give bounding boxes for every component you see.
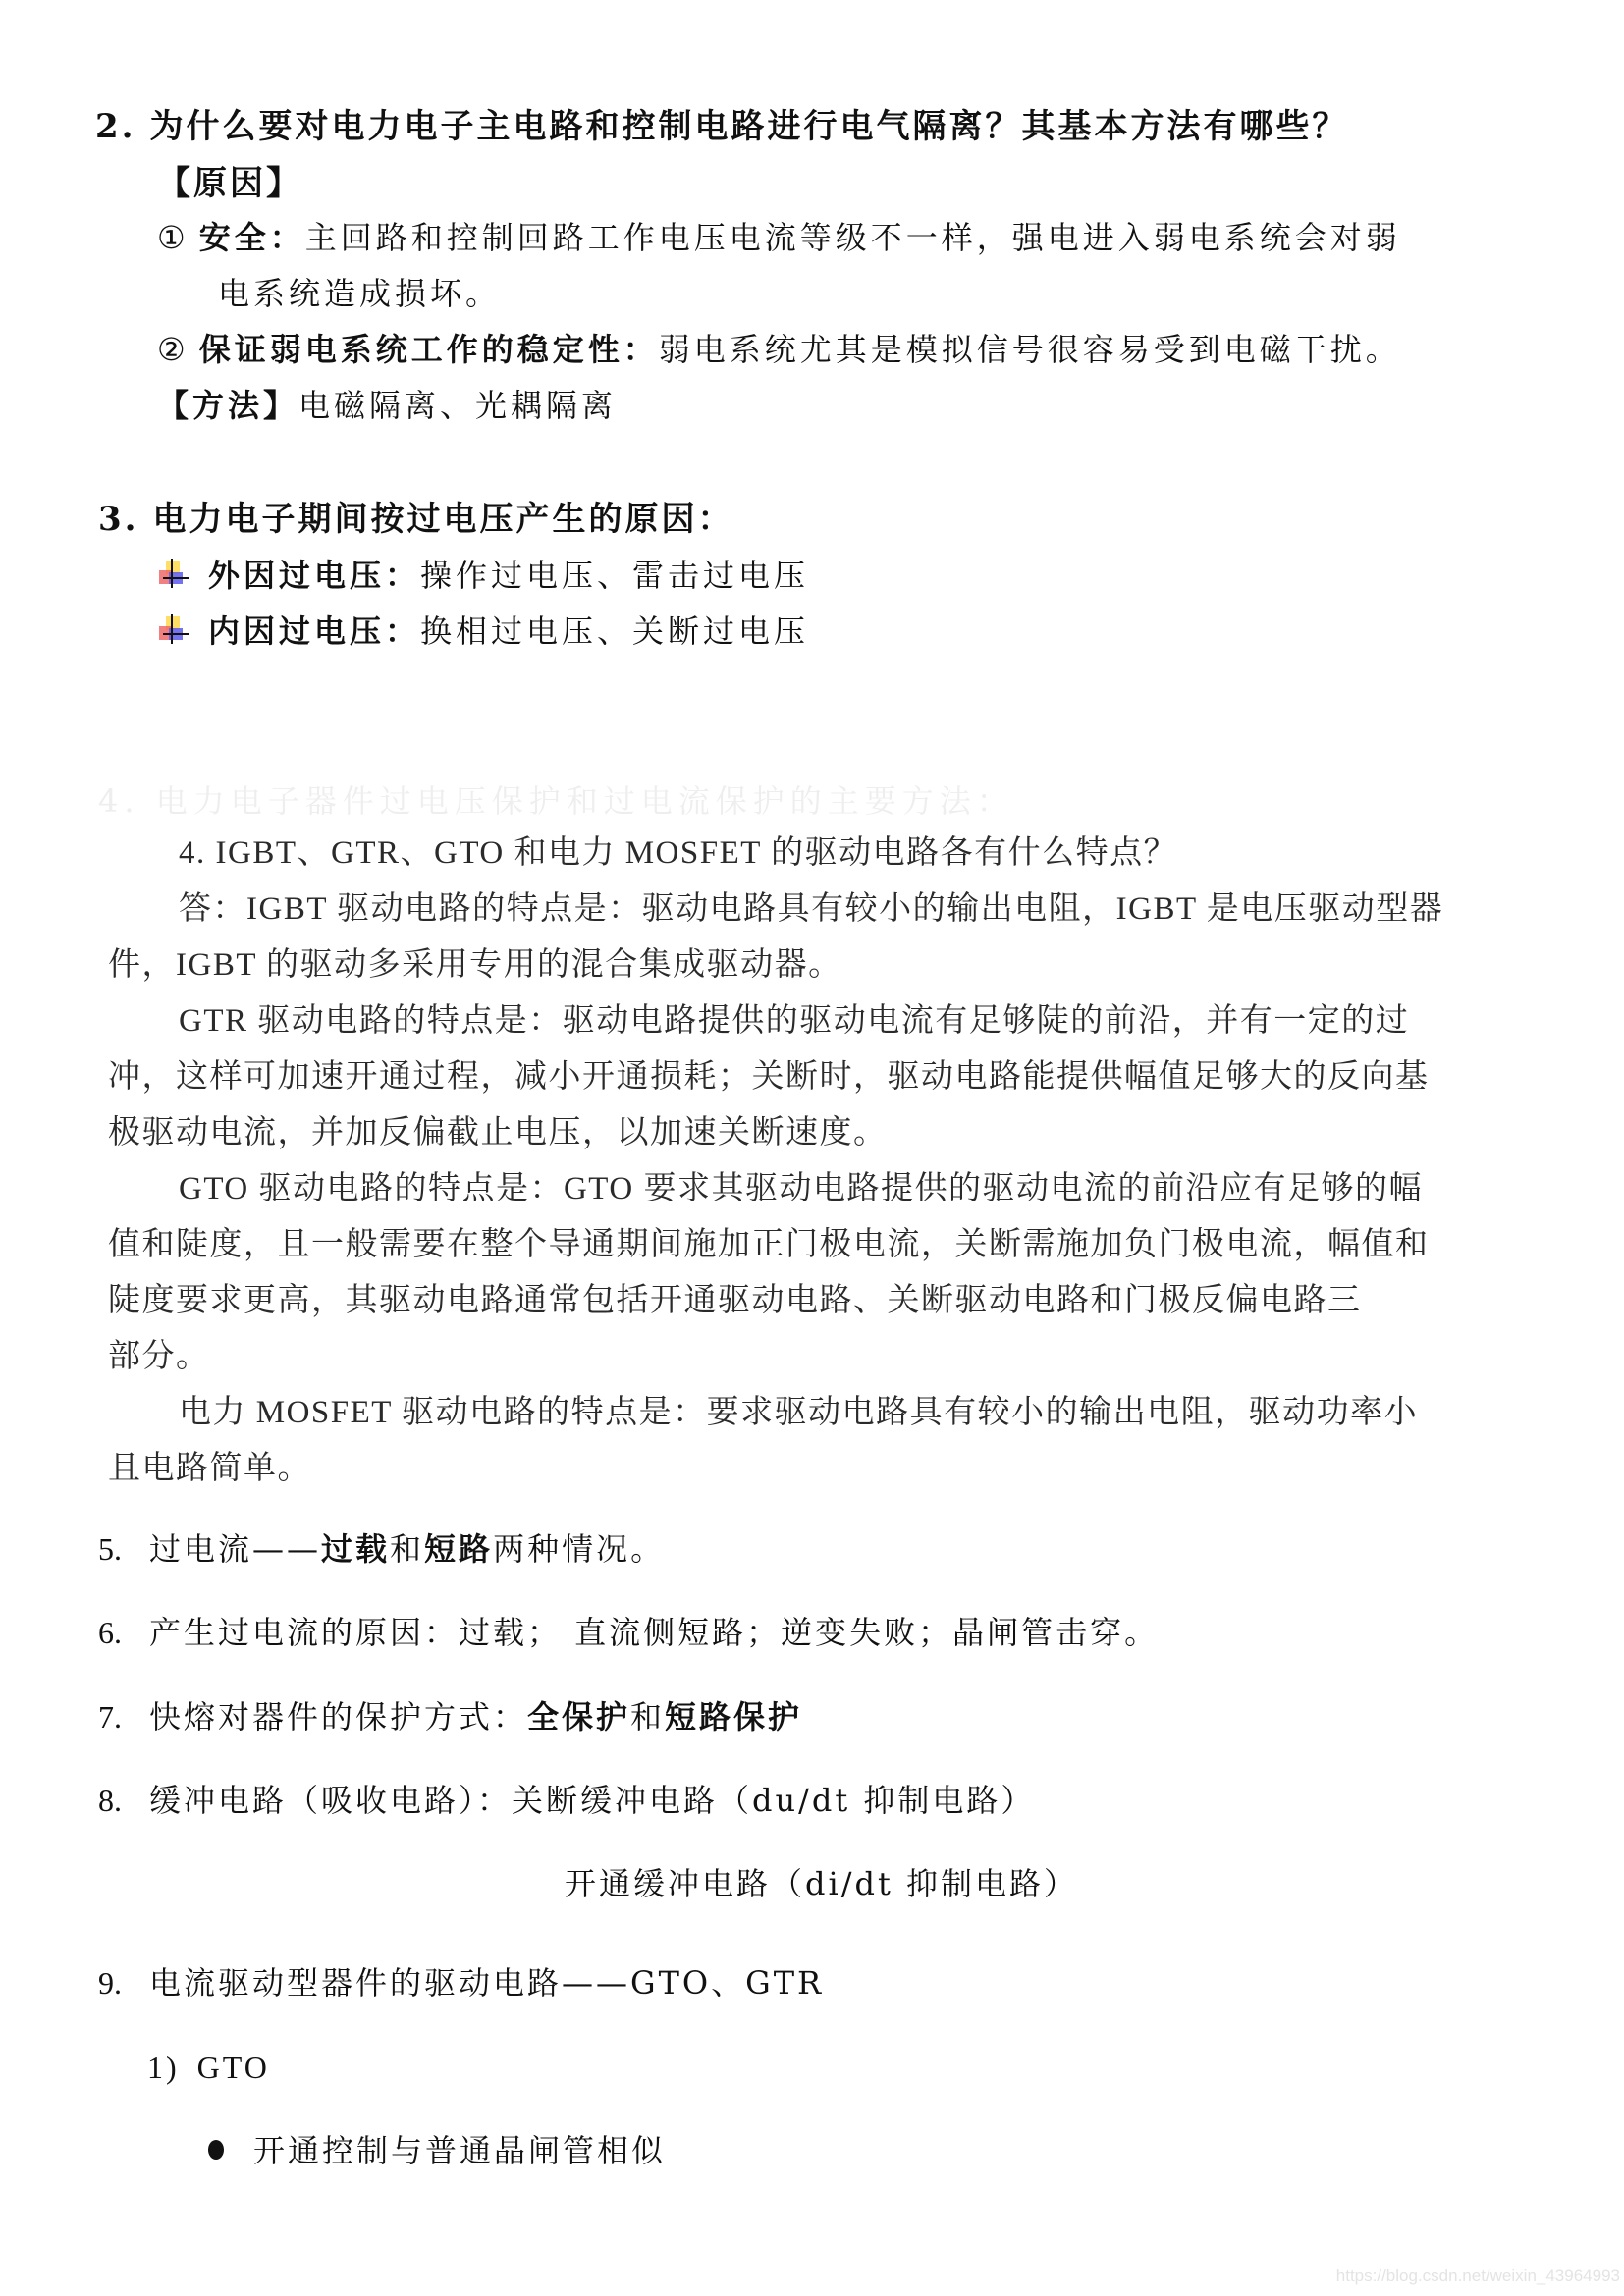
circled-one-marker: ① [157, 219, 189, 256]
external-label: 外因过电压： [208, 557, 420, 594]
filled-circle-bullet-icon [208, 2140, 224, 2160]
reason-1-continuation: 电系统造成损坏。 [218, 278, 501, 309]
q6-number: 6. [98, 1617, 149, 1648]
internal-text: 换相过电压、关断过电压 [420, 613, 809, 650]
q4-answer-line: GTR 驱动电路的特点是：驱动电路提供的驱动电流有足够陡的前沿，并有一定的过 [179, 1005, 1409, 1038]
q4-faded-heading: 4. 电力电子器件过电压保护和过电流保护的主要方法： [98, 785, 1014, 817]
q4-answer-line: 值和陡度，且一般需要在整个导通期间施加正门极电流，关断需施加负门极电流，幅值和 [108, 1229, 1430, 1261]
q2-reason-label: 【原因】 [157, 167, 302, 200]
q5-prefix: 过电流—— [149, 1530, 321, 1568]
q8-number: 8. [98, 1785, 149, 1816]
q7-short-circuit-protection: 短路保护 [665, 1698, 802, 1735]
q8-line: 8.缓冲电路（吸收电路）：关断缓冲电路（du/dt 抑制电路） [98, 1785, 1035, 1816]
q9-text: 电流驱动型器件的驱动电路——GTO、GTR [149, 1964, 824, 2002]
multicolor-square-bullet-icon [157, 561, 187, 590]
reason-2-text: 弱电系统尤其是模拟信号很容易受到电磁干扰。 [659, 331, 1401, 368]
q9-sub-title: GTO [197, 2050, 270, 2085]
q2-title: 为什么要对电力电子主电路和控制电路进行电气隔离？其基本方法有哪些？ [150, 107, 1349, 146]
q5-and: 和 [390, 1530, 424, 1568]
q4-answer-line: 极驱动电流，并加反偏截止电压，以加速关断速度。 [108, 1117, 888, 1149]
q9-bullet-text: 开通控制与普通晶闸管相似 [253, 2132, 666, 2169]
q2-reason-2: ②保证弱电系统工作的稳定性：弱电系统尤其是模拟信号很容易受到电磁干扰。 [157, 334, 1401, 365]
q3-item-internal: 内因过电压：换相过电压、关断过电压 [157, 615, 809, 647]
q4-answer-line: 件，IGBT 的驱动多采用专用的混合集成驱动器。 [108, 949, 842, 982]
q4-answer-line: 且电路简单。 [108, 1453, 311, 1485]
internal-label: 内因过电压： [208, 613, 420, 650]
multicolor-square-bullet-icon [157, 616, 187, 646]
q6-text: 产生过电流的原因：过载； 直流侧短路；逆变失败；晶闸管击穿。 [149, 1614, 1159, 1651]
q5-line: 5.过电流——过载和短路两种情况。 [98, 1533, 665, 1565]
q7-prefix: 快熔对器件的保护方式： [149, 1698, 527, 1735]
q4-answer-line: 冲，这样可加速开通过程，减小开通损耗；关断时，驱动电路能提供幅值足够大的反向基 [108, 1061, 1430, 1094]
q6-line: 6.产生过电流的原因：过载； 直流侧短路；逆变失败；晶闸管击穿。 [98, 1617, 1159, 1648]
q5-overload: 过载 [321, 1530, 390, 1568]
q5-suffix: 两种情况。 [493, 1530, 665, 1568]
q5-number: 5. [98, 1533, 149, 1565]
reason-1-label: 安全： [199, 219, 305, 256]
q4-question: 4. IGBT、GTR、GTO 和电力 MOSFET 的驱动电路各有什么特点？ [179, 837, 1177, 870]
reason-2-label: 保证弱电系统工作的稳定性： [199, 331, 659, 368]
q2-heading: 2.为什么要对电力电子主电路和控制电路进行电气隔离？其基本方法有哪些？ [95, 110, 1349, 143]
q8-text: 缓冲电路（吸收电路）：关断缓冲电路（du/dt 抑制电路） [149, 1782, 1035, 1819]
external-text: 操作过电压、雷击过电压 [420, 557, 809, 594]
q4-answer-line: 答：IGBT 驱动电路的特点是：驱动电路具有较小的输出电阻，IGBT 是电压驱动… [179, 893, 1443, 926]
q8-line-2: 开通缓冲电路（di/dt 抑制电路） [565, 1868, 1078, 1899]
q7-full-protection: 全保护 [527, 1698, 630, 1735]
q4-answer-line: GTO 驱动电路的特点是：GTO 要求其驱动电路提供的驱动电流的前沿应有足够的幅 [179, 1173, 1423, 1205]
q9-bullet-item: 开通控制与普通晶闸管相似 [208, 2135, 666, 2166]
q9-sub-number: 1) [147, 2050, 180, 2085]
method-text: 电磁隔离、光耦隔离 [298, 387, 617, 424]
q9-number: 9. [98, 1967, 149, 1999]
q2-method: 【方法】电磁隔离、光耦隔离 [157, 390, 617, 421]
q4-answer-line: 电力 MOSFET 驱动电路的特点是：要求驱动电路具有较小的输出电阻，驱动功率小 [179, 1397, 1418, 1429]
q4-answer-line: 陡度要求更高，其驱动电路通常包括开通驱动电路、关断驱动电路和门极反偏电路三 [108, 1285, 1362, 1317]
q7-and: 和 [630, 1698, 665, 1735]
q7-number: 7. [98, 1701, 149, 1733]
q7-line: 7.快熔对器件的保护方式：全保护和短路保护 [98, 1701, 802, 1733]
q3-heading: 3.电力电子期间按过电压产生的原因： [98, 503, 734, 536]
q9-line: 9.电流驱动型器件的驱动电路——GTO、GTR [98, 1967, 824, 1999]
q3-number: 3. [98, 500, 139, 539]
method-label: 【方法】 [157, 387, 298, 424]
q2-reason-1: ①安全：主回路和控制回路工作电压电流等级不一样，强电进入弱电系统会对弱 [157, 222, 1401, 253]
circled-two-marker: ② [157, 331, 189, 368]
reason-1-text: 主回路和控制回路工作电压电流等级不一样，强电进入弱电系统会对弱 [305, 219, 1401, 256]
watermark: https://blog.csdn.net/weixin_43964993 [1336, 2267, 1620, 2286]
q4-answer-line: 部分。 [108, 1341, 210, 1373]
q3-item-external: 外因过电压：操作过电压、雷击过电压 [157, 560, 809, 591]
q9-sub-heading: 1)GTO [147, 2052, 270, 2083]
q3-title: 电力电子期间按过电压产生的原因： [153, 500, 734, 539]
q2-number: 2. [95, 107, 136, 146]
q5-short-circuit: 短路 [424, 1530, 493, 1568]
